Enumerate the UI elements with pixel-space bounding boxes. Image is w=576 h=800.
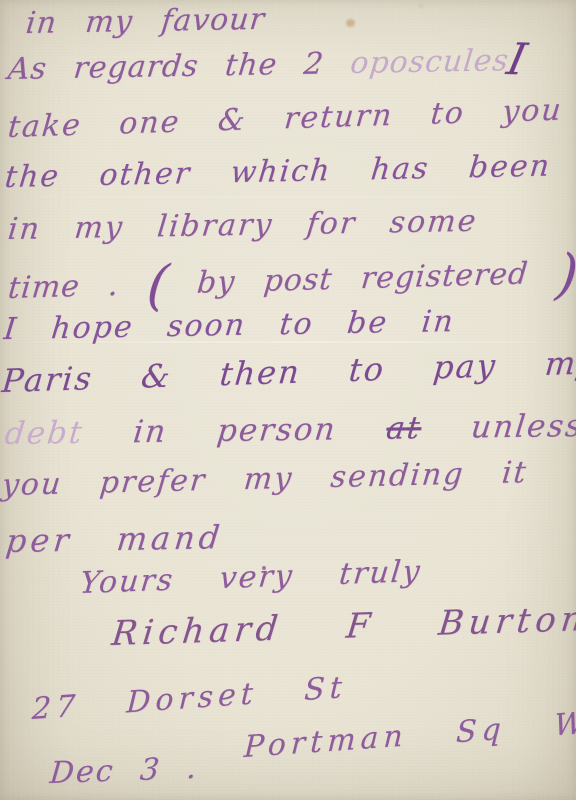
handwriting-line-4: the other which has been xyxy=(3,149,553,196)
line-2-text: As regards the 2 xyxy=(6,46,352,87)
foxing-spot xyxy=(419,4,423,8)
foxing-spot xyxy=(346,19,355,27)
line-9-text-end: unless xyxy=(419,408,576,446)
handwriting-line-2-pronoun: I xyxy=(503,34,532,85)
line-6-text: time . xyxy=(6,267,149,306)
valediction: Yours very truly xyxy=(78,554,423,601)
faded-word-debt: debt xyxy=(3,415,85,452)
signature: Richard F Burton xyxy=(110,599,576,654)
line-6-parenthetical: by post registered xyxy=(167,256,559,302)
handwriting-line-10: you prefer my sending it xyxy=(0,455,529,503)
address-street: 27 Dorset St xyxy=(31,670,348,727)
handwriting-line-8: Paris & then to pay my xyxy=(0,343,576,400)
handwriting-line-11: per mand xyxy=(4,518,225,560)
address-district: Portman Sq W xyxy=(243,706,576,765)
line-9-text: in person xyxy=(82,411,389,451)
handwriting-line-2: As regards the 2 oposcules xyxy=(6,43,511,87)
handwriting-line-9: debt in person at unless xyxy=(3,408,576,452)
date-line: Dec 3 . xyxy=(48,751,199,791)
faded-word: oposcules xyxy=(349,43,511,81)
handwriting-line-1: in my favour xyxy=(24,2,267,41)
handwriting-line-7: I hope soon to be in xyxy=(2,304,456,347)
paper-crease xyxy=(0,196,576,198)
struck-out-word: at xyxy=(385,410,424,447)
handwriting-line-5: in my library for some xyxy=(6,204,479,247)
letter-page: in my favour As regards the 2 oposcules … xyxy=(0,0,576,800)
close-parenthesis: ) xyxy=(554,242,576,306)
handwriting-line-3: take one & return to you xyxy=(6,93,564,146)
